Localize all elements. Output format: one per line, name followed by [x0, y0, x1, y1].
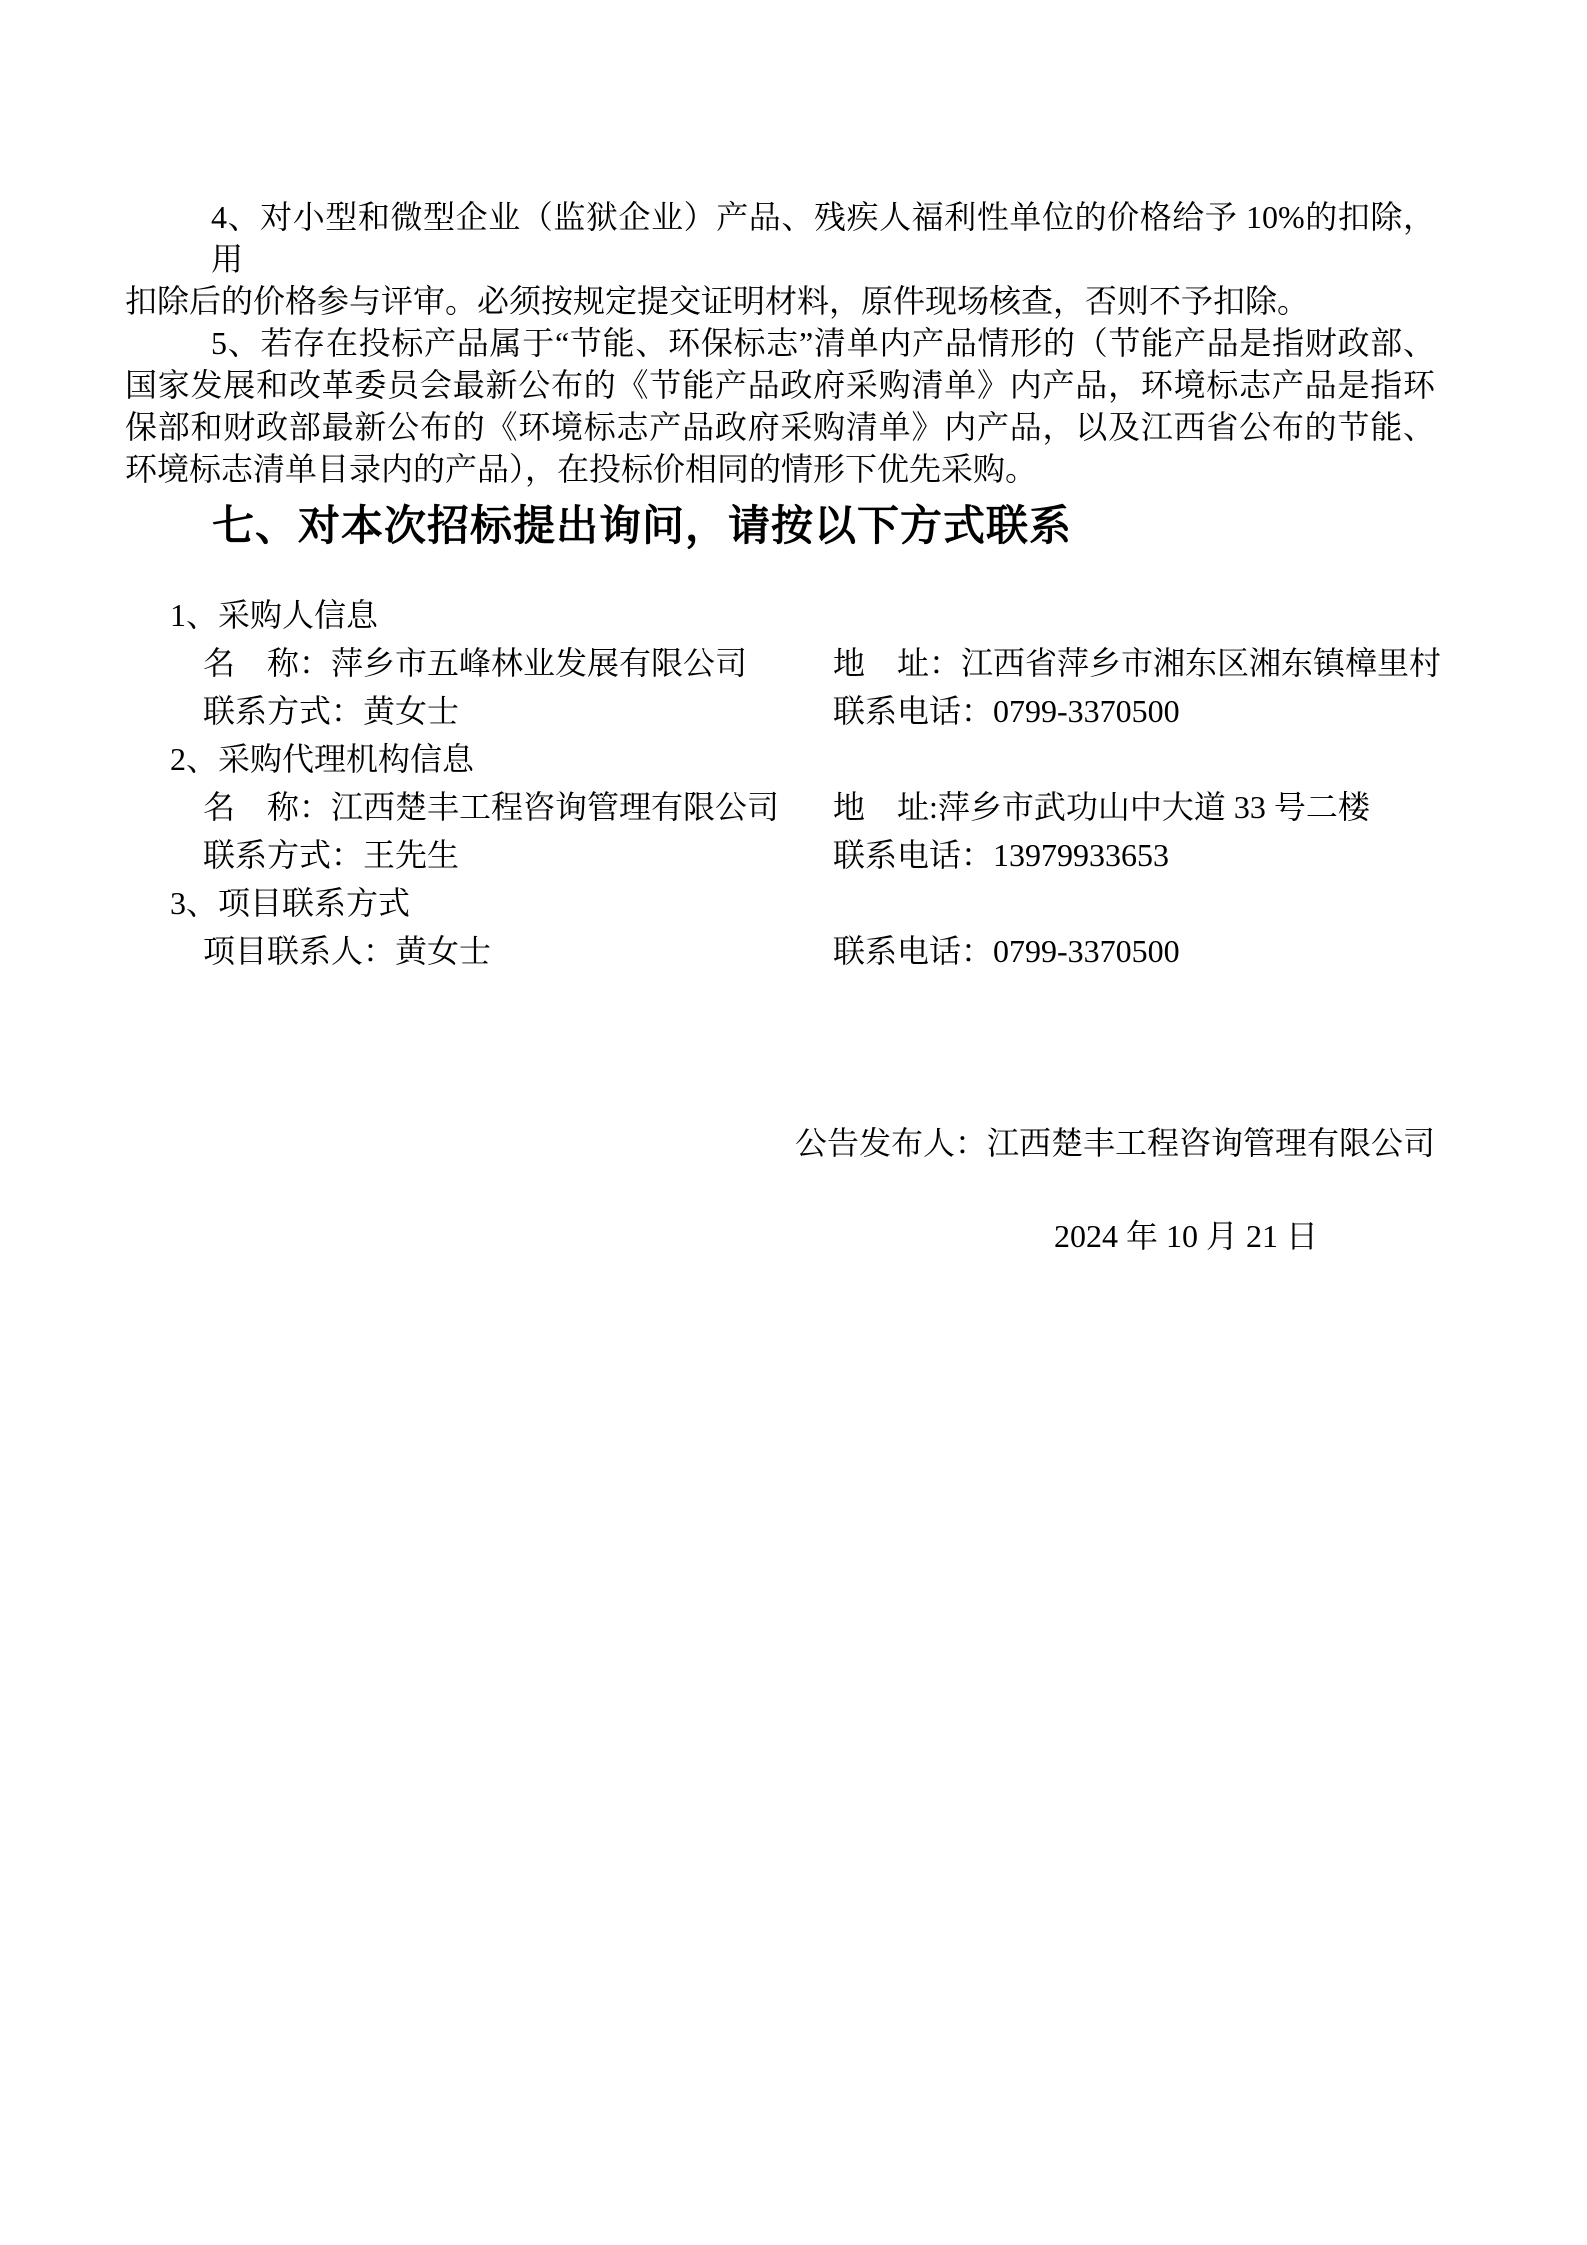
section-heading-contact: 七、对本次招标提出询问，请按以下方式联系: [125, 498, 1435, 556]
contact-section: 1、采购人信息 名 称：萍乡市五峰林业发展有限公司 地 址：江西省萍乡市湘东区湘…: [125, 591, 1435, 975]
agency-address: 地 址:萍乡市武功山中大道 33 号二楼: [833, 783, 1435, 831]
announcement-date: 2024 年 10 月 21 日: [125, 1215, 1435, 1257]
agency-name: 名 称：江西楚丰工程咨询管理有限公司: [203, 783, 833, 831]
agency-info-label: 2、采购代理机构信息: [125, 735, 1435, 783]
purchaser-name-address-row: 名 称：萍乡市五峰林业发展有限公司 地 址：江西省萍乡市湘东区湘东镇樟里村: [125, 639, 1435, 687]
purchaser-phone: 联系电话：0799-3370500: [833, 687, 1435, 735]
clause-paragraphs: 4、对小型和微型企业（监狱企业）产品、残疾人福利性单位的价格给予 10%的扣除，…: [125, 196, 1435, 490]
project-contact-row: 项目联系人：黄女士 联系电话：0799-3370500: [125, 927, 1435, 975]
clause5-line-1: 5、若存在投标产品属于“节能、环保标志”清单内产品情形的（节能产品是指财政部、: [125, 322, 1435, 364]
clause5-line-2: 国家发展和改革委员会最新公布的《节能产品政府采购清单》内产品，环境标志产品是指环: [125, 364, 1435, 406]
project-contact-label: 3、项目联系方式: [125, 879, 1435, 927]
project-phone: 联系电话：0799-3370500: [833, 927, 1435, 975]
agency-phone: 联系电话：13979933653: [833, 831, 1435, 879]
project-contact-person: 项目联系人：黄女士: [203, 927, 833, 975]
agency-contact-row: 联系方式：王先生 联系电话：13979933653: [125, 831, 1435, 879]
clause5-line-4: 环境标志清单目录内的产品），在投标价相同的情形下优先采购。: [125, 448, 1435, 490]
purchaser-contact-person: 联系方式：黄女士: [203, 687, 833, 735]
clause4-line-2: 扣除后的价格参与评审。必须按规定提交证明材料，原件现场核查，否则不予扣除。: [125, 280, 1435, 322]
agency-name-address-row: 名 称：江西楚丰工程咨询管理有限公司 地 址:萍乡市武功山中大道 33 号二楼: [125, 783, 1435, 831]
purchaser-address: 地 址：江西省萍乡市湘东区湘东镇樟里村: [833, 639, 1441, 687]
purchaser-name: 名 称：萍乡市五峰林业发展有限公司: [203, 639, 833, 687]
announcement-publisher: 公告发布人：江西楚丰工程咨询管理有限公司: [125, 1122, 1435, 1164]
agency-contact-person: 联系方式：王先生: [203, 831, 833, 879]
clause5-line-3: 保部和财政部最新公布的《环境标志产品政府采购清单》内产品，以及江西省公布的节能、: [125, 406, 1435, 448]
purchaser-contact-row: 联系方式：黄女士 联系电话：0799-3370500: [125, 687, 1435, 735]
document-page: 4、对小型和微型企业（监狱企业）产品、残疾人福利性单位的价格给予 10%的扣除，…: [0, 0, 1587, 2245]
purchaser-info-label: 1、采购人信息: [125, 591, 1435, 639]
clause4-line-1: 4、对小型和微型企业（监狱企业）产品、残疾人福利性单位的价格给予 10%的扣除，…: [125, 196, 1435, 280]
